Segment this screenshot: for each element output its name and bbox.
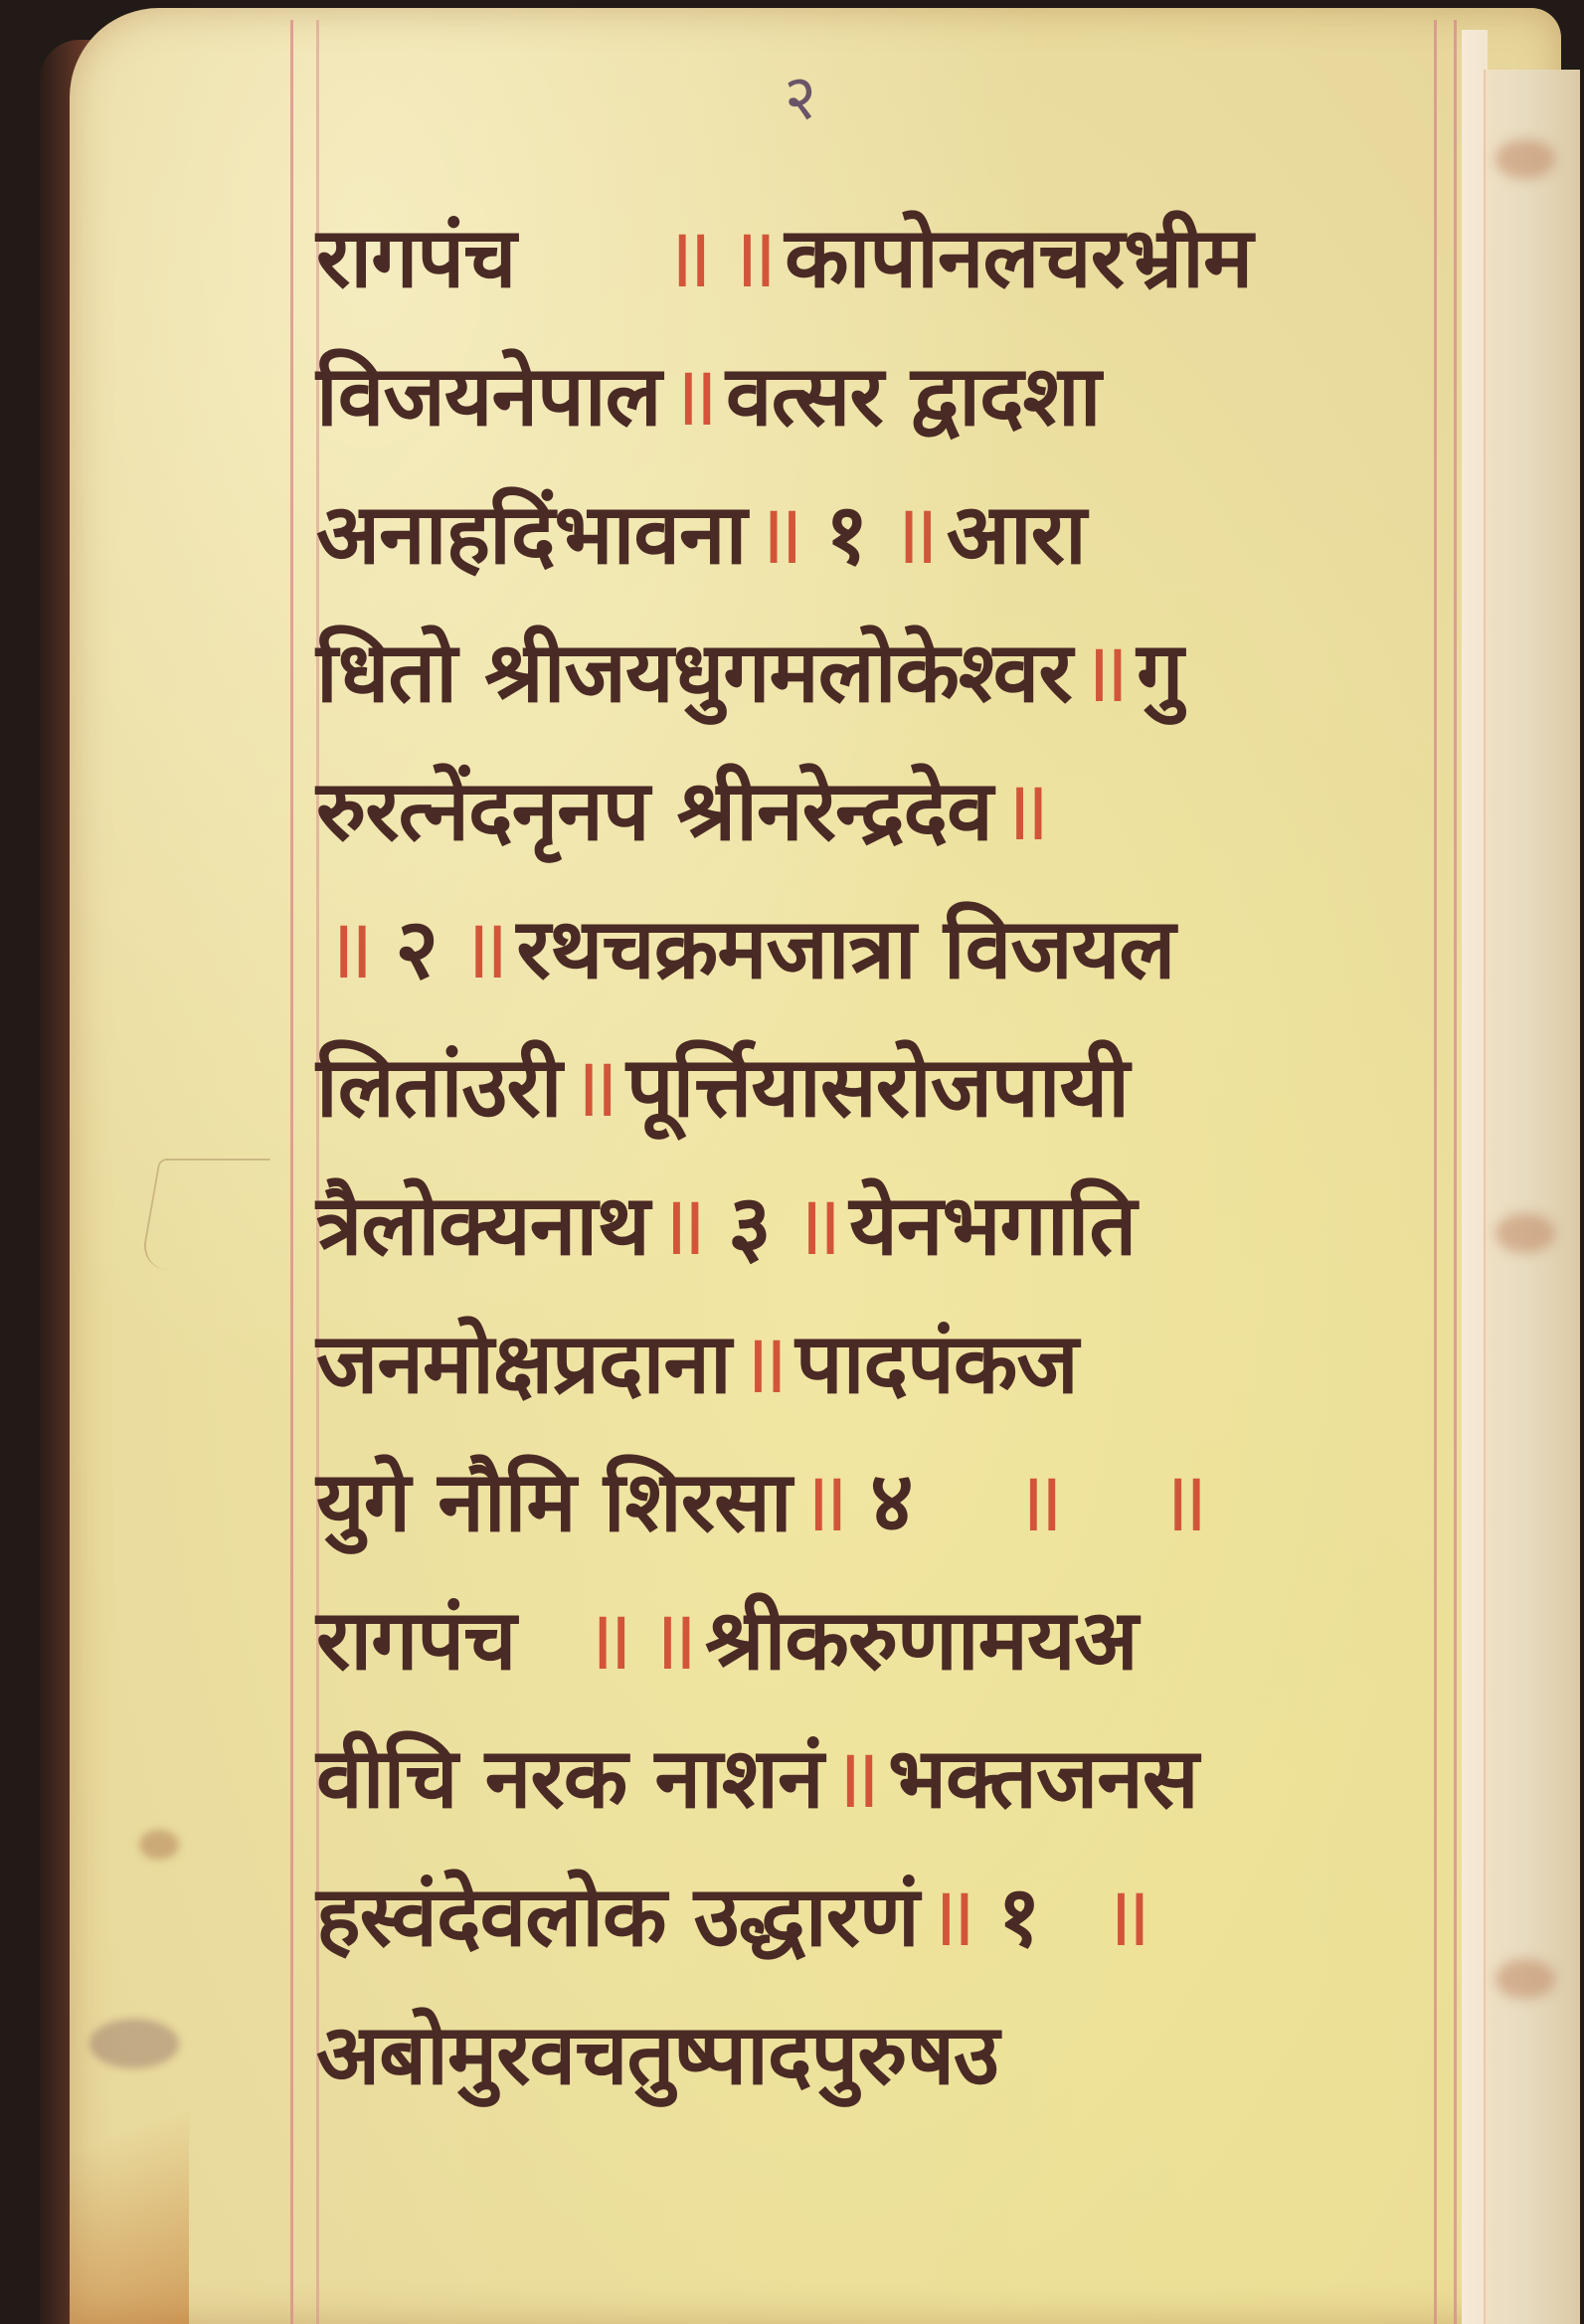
text-segment: युगे नौमि शिरसा bbox=[316, 1453, 792, 1550]
text-segment: श्रीकरुणामयअ bbox=[705, 1591, 1138, 1689]
double-danda: ॥ bbox=[746, 485, 810, 583]
text-line: रागपंच॥॥श्रीकरुणामयअ bbox=[316, 1571, 1440, 1709]
double-danda: ॥ bbox=[661, 347, 726, 445]
double-danda: ॥ bbox=[1072, 624, 1137, 721]
text-line: जनमोक्षप्रदाना॥पादपंकज bbox=[316, 1295, 1440, 1433]
double-danda: ॥ bbox=[1094, 1868, 1158, 1965]
text-segment: रागपंच bbox=[316, 1591, 515, 1689]
text-segment: कापोनलचरभ्रीम bbox=[785, 209, 1252, 306]
text-segment: आरा bbox=[947, 485, 1086, 583]
verse-number: ३ bbox=[714, 1176, 785, 1274]
verse-number: १ bbox=[983, 1868, 1054, 1965]
double-danda: ॥ bbox=[451, 900, 516, 997]
text-segment: वीचि नरक नाशनं bbox=[316, 1729, 823, 1827]
ink-blot bbox=[89, 2019, 179, 2068]
double-danda: ॥ bbox=[919, 1868, 983, 1965]
double-danda: ॥ bbox=[785, 1176, 849, 1274]
text-line: ॥२॥रथचक्रमजात्रा विजयल bbox=[316, 880, 1440, 1018]
double-danda: ॥ bbox=[992, 762, 1057, 859]
double-danda: ॥ bbox=[316, 900, 381, 997]
text-segment: अबोमुरवचतुष्पादपुरुषउ bbox=[316, 2006, 998, 2103]
stain bbox=[1496, 139, 1555, 179]
text-segment: गु bbox=[1137, 624, 1182, 721]
double-danda: ॥ bbox=[720, 209, 785, 306]
double-danda: ॥ bbox=[649, 1176, 714, 1274]
text-segment: अनाहदिंभावना bbox=[316, 485, 746, 583]
double-danda: ॥ bbox=[823, 1729, 888, 1827]
text-line: अबोमुरवचतुष्पादपुरुषउ bbox=[316, 1986, 1440, 2124]
text-segment: रागपंच bbox=[316, 209, 515, 306]
verse-number: २ bbox=[381, 900, 451, 997]
verse-number: १ bbox=[811, 485, 882, 583]
text-segment: रथचक्रमजात्रा विजयल bbox=[516, 900, 1174, 997]
text-line: अनाहदिंभावना॥१॥आरा bbox=[316, 465, 1440, 604]
verse-number: ४ bbox=[856, 1453, 927, 1550]
double-danda: ॥ bbox=[640, 1591, 705, 1689]
double-danda: ॥ bbox=[881, 485, 946, 583]
double-danda: ॥ bbox=[1006, 1453, 1071, 1550]
text-segment: विजयनेपाल bbox=[316, 347, 661, 445]
text-line: विजयनेपाल॥वत्सर द्वादशा bbox=[316, 327, 1440, 465]
stain bbox=[1496, 1959, 1555, 1999]
text-line: धितो श्रीजयधुगमलोकेश्वर॥गु bbox=[316, 604, 1440, 742]
text-segment: त्रैलोक्यनाथ bbox=[316, 1176, 649, 1274]
stain bbox=[1496, 1213, 1555, 1253]
right-margin-rule-outer bbox=[1454, 20, 1457, 2324]
text-segment: वत्सर द्वादशा bbox=[726, 347, 1101, 445]
text-segment: भक्तजनस bbox=[888, 1729, 1198, 1827]
text-segment: धितो श्रीजयधुगमलोकेश्वर bbox=[316, 624, 1072, 721]
adjacent-leaf-strip bbox=[1484, 70, 1580, 2324]
double-danda: ॥ bbox=[731, 1315, 795, 1412]
text-line: हस्वंदेवलोक उद्धारणं॥१॥ bbox=[316, 1848, 1440, 1986]
double-danda: ॥ bbox=[562, 1038, 626, 1136]
double-danda: ॥ bbox=[1150, 1453, 1215, 1550]
text-segment: जनमोक्षप्रदाना bbox=[316, 1315, 731, 1412]
double-danda: ॥ bbox=[792, 1453, 856, 1550]
manuscript-text: रागपंच॥॥कापोनलचरभ्रीमविजयनेपाल॥वत्सर द्व… bbox=[316, 189, 1440, 2124]
text-line: रुरत्नेंदनृनप श्रीनरेन्द्रदेव॥ bbox=[316, 742, 1440, 880]
text-line: वीचि नरक नाशनं॥भक्तजनस bbox=[316, 1709, 1440, 1848]
text-line: युगे नौमि शिरसा॥४॥॥ bbox=[316, 1433, 1440, 1571]
double-danda: ॥ bbox=[654, 209, 719, 306]
text-line: त्रैलोक्यनाथ॥३॥येनभगाति bbox=[316, 1157, 1440, 1295]
text-segment: पादपंकज bbox=[795, 1315, 1078, 1412]
double-danda: ॥ bbox=[575, 1591, 639, 1689]
left-margin-rule bbox=[290, 20, 293, 2324]
text-segment: हस्वंदेवलोक उद्धारणं bbox=[316, 1868, 919, 1965]
text-line: रागपंच॥॥कापोनलचरभ्रीम bbox=[316, 189, 1440, 327]
text-segment: लितांउरी bbox=[316, 1038, 562, 1136]
text-segment: रुरत्नेंदनृनप श्रीनरेन्द्रदेव bbox=[316, 762, 992, 859]
text-segment: पूर्त्तियासरोजपायी bbox=[626, 1038, 1129, 1136]
text-segment: येनभगाति bbox=[849, 1176, 1136, 1274]
ink-blot bbox=[139, 1830, 179, 1860]
pencil-mark bbox=[139, 1159, 270, 1270]
text-line: लितांउरी॥पूर्त्तियासरोजपायी bbox=[316, 1018, 1440, 1157]
